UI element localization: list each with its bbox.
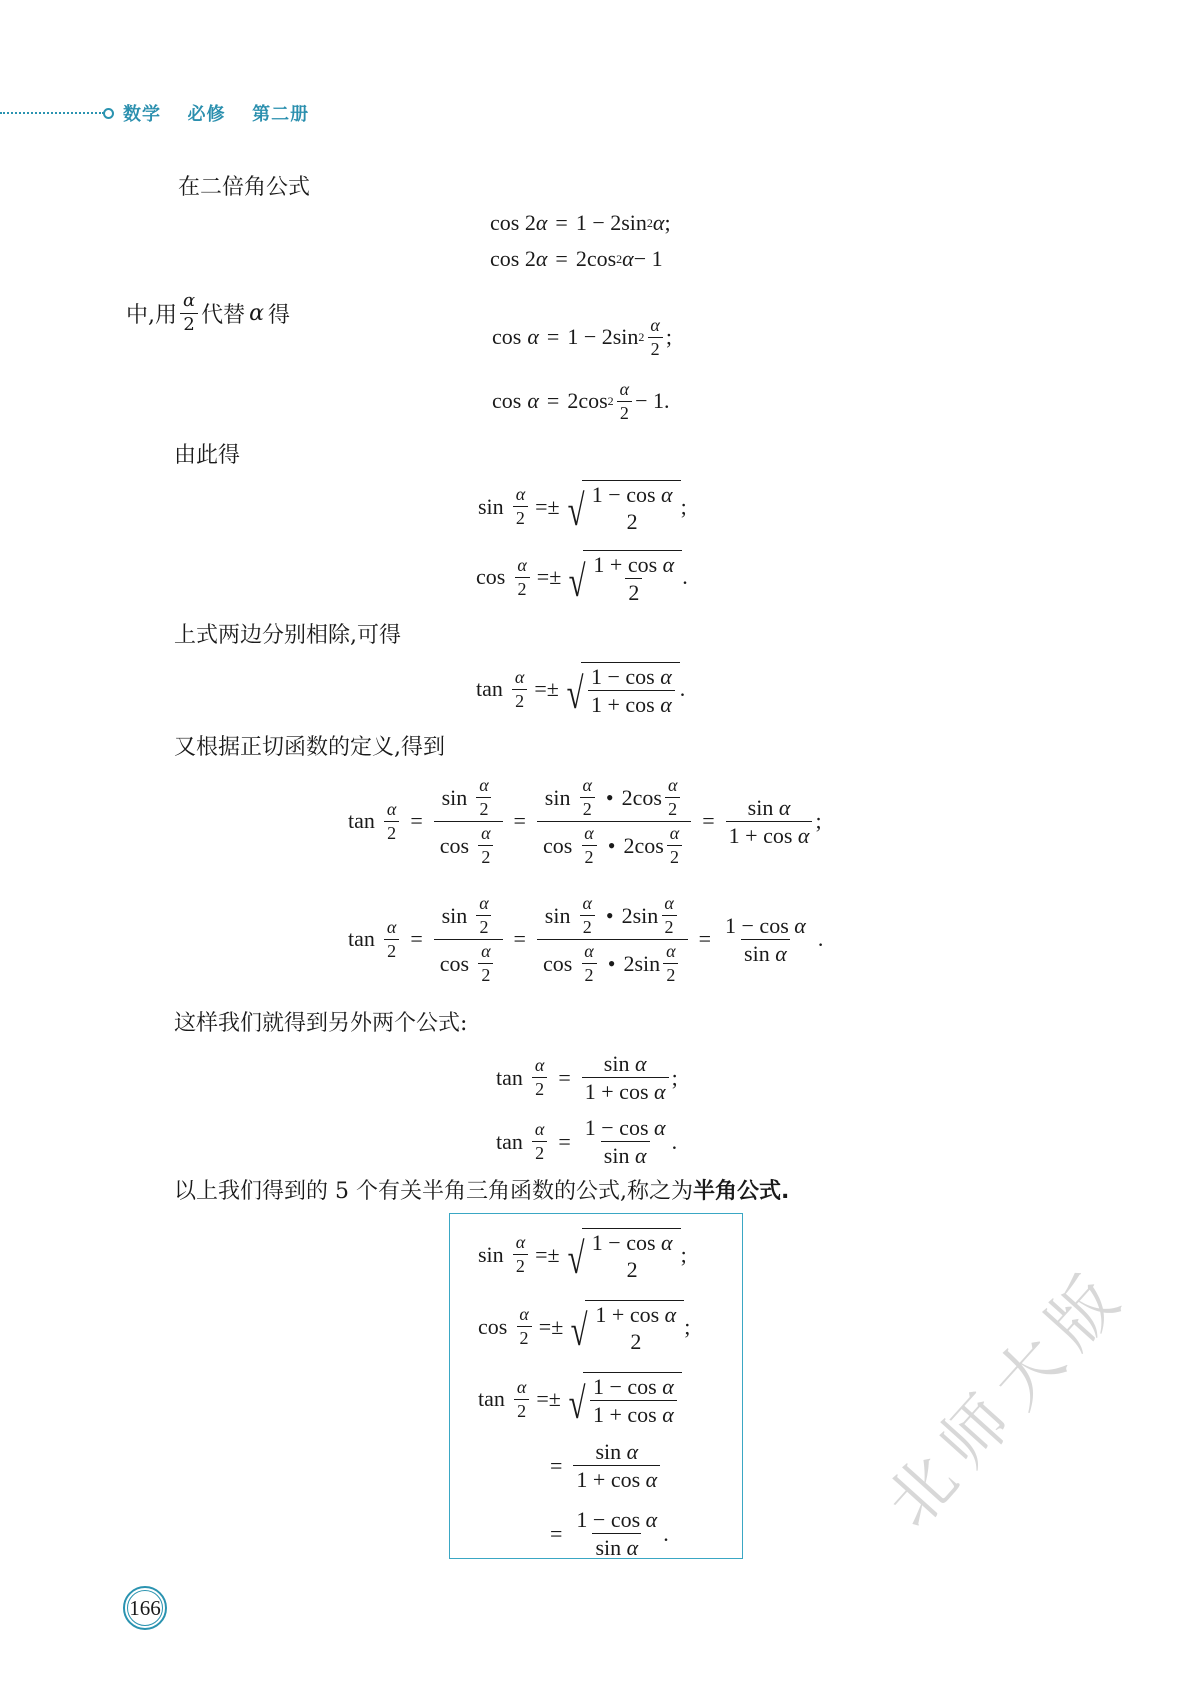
term-half-angle-formula: 半角公式 bbox=[693, 1179, 781, 1204]
formula-cos-alpha-1: cosα = 1 − 2sin2 α2; bbox=[492, 316, 672, 359]
paragraph-hence: 由此得 bbox=[174, 438, 240, 469]
box-formula-sin-half: sin α2 =± √1 − cos α2; bbox=[478, 1228, 687, 1281]
square-root: √1 + cos α2 bbox=[565, 550, 682, 604]
paragraph-substitution: 中,用 α2 代替 α 得 bbox=[126, 292, 290, 335]
formula-cos-half: cos α2 =± √1 + cos α2. bbox=[476, 550, 688, 604]
box-formula-cos-half: cos α2 =± √1 + cos α2; bbox=[478, 1300, 690, 1353]
formula-double-angle-2: cos 2α = 2cos2α − 1 bbox=[490, 248, 663, 270]
square-root: √1 − cos α1 + cos α bbox=[565, 1372, 682, 1426]
formula-tan-derivation-2: tan α2 = sinα2 cosα2 = sinα2•2sin α2 cos… bbox=[348, 894, 823, 985]
box-formula-tan-half-a: = sin α1 + cos α bbox=[542, 1440, 663, 1491]
paragraph-divide: 上式两边分别相除,可得 bbox=[174, 618, 401, 649]
box-formula-tan-half-b: = 1 − cos αsin α. bbox=[542, 1508, 669, 1559]
fraction-alpha-over-2: α2 bbox=[180, 292, 198, 335]
formula-tan-half-a: tan α2 = sin α1 + cos α; bbox=[496, 1052, 678, 1103]
publisher-watermark: 北师大版 bbox=[860, 1242, 1145, 1543]
paragraph-two-formulas: 这样我们就得到另外两个公式: bbox=[174, 1006, 467, 1037]
formula-cos-alpha-2: cosα = 2cos2 α2 − 1. bbox=[492, 380, 670, 423]
formula-tan-half-sqrt: tan α2 =± √1 − cos α1 + cos α. bbox=[476, 662, 685, 716]
paragraph-intro: 在二倍角公式 bbox=[178, 170, 310, 201]
paragraph-tangent-definition: 又根据正切函数的定义,得到 bbox=[174, 730, 445, 761]
paragraph-half-angle-summary: 以上我们得到的 5 个有关半角三角函数的公式,称之为半角公式. bbox=[174, 1174, 789, 1205]
header-circle-icon bbox=[103, 108, 114, 119]
square-root: √1 − cos α1 + cos α bbox=[563, 662, 680, 716]
square-root: √1 − cos α2 bbox=[564, 1228, 681, 1281]
header-dotted-line bbox=[0, 112, 104, 114]
formula-sin-half: sin α2 =± √1 − cos α2; bbox=[478, 480, 687, 533]
box-formula-tan-half-sqrt: tan α2 =± √1 − cos α1 + cos α bbox=[478, 1372, 682, 1426]
page-number-badge: 166 bbox=[123, 1586, 167, 1630]
book-title: 数学 必修 第二册 bbox=[123, 100, 309, 126]
square-root: √1 + cos α2 bbox=[567, 1300, 684, 1353]
formula-tan-derivation-1: tan α2 = sinα2 cosα2 = sinα2•2cos α2 cos… bbox=[348, 776, 822, 867]
formula-tan-half-b: tan α2 = 1 − cos αsin α. bbox=[496, 1116, 677, 1167]
formula-double-angle-1: cos 2α = 1 − 2sin2α; bbox=[490, 212, 671, 234]
square-root: √1 − cos α2 bbox=[564, 480, 681, 533]
page-number: 166 bbox=[129, 1596, 161, 1621]
